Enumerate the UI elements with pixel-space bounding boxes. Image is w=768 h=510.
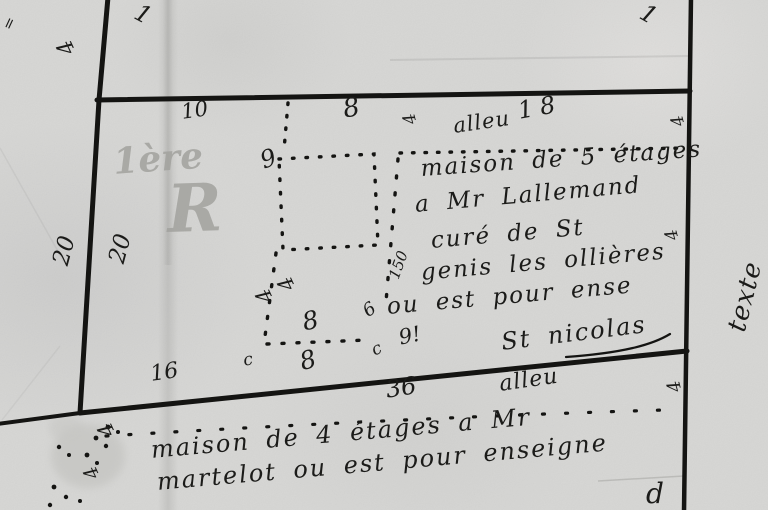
note-upper-line-1: maison de 5 étages xyxy=(420,138,703,181)
handwritten-annotations: 11=41084alleu1849202015044869!c8c1636all… xyxy=(0,0,768,510)
glyph-c-right: c xyxy=(369,340,385,359)
num-20-left: 20 xyxy=(50,234,80,268)
check-glyph-mid-2: 4 xyxy=(274,273,299,294)
check-glyph-top-mid: 4 xyxy=(401,111,420,126)
num-20-right: 20 xyxy=(106,232,136,266)
num-8-lower: 8 xyxy=(297,346,319,374)
num-36: 36 xyxy=(384,373,418,401)
num-18: 18 xyxy=(516,91,564,122)
watermark-R: R xyxy=(166,174,223,242)
check-glyph-bottom-left-1: 4 xyxy=(94,419,119,440)
letter-d-bottom-right: d xyxy=(646,480,665,508)
glyph-c-left: c xyxy=(242,351,254,369)
check-glyph-mid-1: 4 xyxy=(252,285,277,306)
note-upper-line-2: a Mr Lallemand xyxy=(414,174,642,217)
num-16: 16 xyxy=(149,360,180,386)
num-6: 6 xyxy=(360,299,380,320)
margin-note-vertical: texte xyxy=(724,259,766,335)
tick-top-left: 1 xyxy=(131,0,156,28)
word-alleu-upper: alleu xyxy=(452,108,511,137)
check-glyph-top-right: 4 xyxy=(669,113,688,128)
check-glyph-cure: 4 xyxy=(663,227,682,242)
check-glyph-right-lower: 4 xyxy=(665,378,685,394)
word-alleu-lower: alleu xyxy=(498,366,560,396)
check-glyph-bottom-left-2: 4 xyxy=(81,463,103,482)
check-glyph-top-left: 4 xyxy=(54,36,80,58)
num-150: 150 xyxy=(387,249,411,281)
num-8-top: 8 xyxy=(341,94,362,122)
num-8-mid: 8 xyxy=(300,307,321,335)
cadastral-plan-scan: 11=41084alleu1849202015044869!c8c1636all… xyxy=(0,0,768,510)
num-10: 10 xyxy=(180,98,209,123)
num-9: 9 xyxy=(257,145,280,173)
note-upper-line-6: St nicolas xyxy=(500,312,648,354)
tick-top-right: 1 xyxy=(636,0,661,28)
num-9-excl: 9! xyxy=(397,323,423,348)
edge-marks-top-left: = xyxy=(0,15,19,33)
